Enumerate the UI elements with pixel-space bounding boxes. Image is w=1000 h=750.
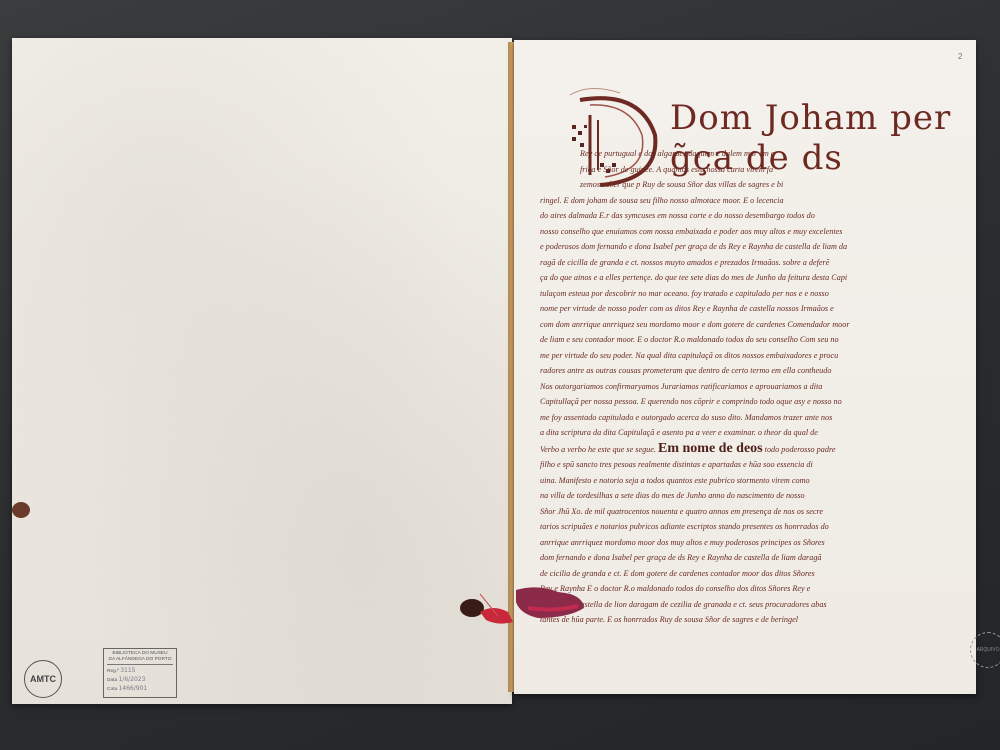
text-line: com dom anrrique anrriquez seu mordomo m… xyxy=(540,317,955,333)
text-line: Rey e Raynha E o doctor R.o maldonado to… xyxy=(540,581,955,597)
wax-seal-remnant-icon xyxy=(458,582,588,632)
text-line: Sñor Jhũ Xo. de mil quatrocentos nouenta… xyxy=(540,504,955,520)
text-line: do aires dalmada E.r das symcuses em nos… xyxy=(540,208,955,224)
text-line: e poderosos dom fernando e dona Isabel p… xyxy=(540,239,955,255)
manuscript-body: Rey de purtugual e dos algarues daquem e… xyxy=(580,146,955,628)
text-line: nosso conselho que enuiamos com nossa em… xyxy=(540,224,955,240)
date-value: 1/6/2023 xyxy=(118,676,145,683)
text-line: Nos outorgariamos confirmaryamos Juraria… xyxy=(540,379,955,395)
text-line: tulaçom esteua por descobrir no mar ocea… xyxy=(540,286,955,302)
text-line: Capitullaçã per nossa pessoa. E querendo… xyxy=(540,394,955,410)
text-line: frica e Sñor de guinee. A quantos esta n… xyxy=(580,162,955,178)
text-line: ringel. E dom joham de sousa seu filho n… xyxy=(540,193,955,209)
text-line: ça do que ainos e a elles pertençe. do q… xyxy=(540,270,955,286)
text-line: tarios scripuães e notarios pubricos adi… xyxy=(540,519,955,535)
text-line: dom fernando e dona Isabel per graça de … xyxy=(540,550,955,566)
archive-stamp: ARQUIVO xyxy=(970,632,1000,668)
reg-value: 3115 xyxy=(120,667,135,674)
cota-value: 1466/901 xyxy=(118,685,147,692)
text-fragment: Verbo a verbo he este que se segue. xyxy=(540,445,656,454)
text-line: Raynha de castella de lion daragam de ce… xyxy=(540,597,955,613)
text-line: Verbo a verbo he este que se segue. Em n… xyxy=(540,441,955,458)
library-stamp-subtitle: DA ALFÂNDEGA DO PORTO xyxy=(107,657,173,663)
text-line: me per virtude do seu poder. Na qual dit… xyxy=(540,348,955,364)
text-line: anrrique anrriquez mordomo moor dos muy … xyxy=(540,535,955,551)
text-line: radores antre as outras cousas prometera… xyxy=(540,363,955,379)
text-line: uina. Manifesto e notorio seja a todos q… xyxy=(540,473,955,489)
left-page-verso xyxy=(12,38,512,704)
page-number: 2 xyxy=(958,52,962,61)
text-line: nome per virtude de nosso poder com os d… xyxy=(540,301,955,317)
text-line: zemos saber que p Ruy de sousa Sñor das … xyxy=(580,177,955,193)
reg-label: Reg.º xyxy=(107,669,119,674)
text-line: na villa de tordesilhas a sete dias do m… xyxy=(540,488,955,504)
text-line: filho e spũ sancto tres pesoas realmente… xyxy=(540,457,955,473)
amtc-stamp: AMTC xyxy=(24,660,62,698)
text-line: me foy assentado capitulado e outorgado … xyxy=(540,410,955,426)
text-line: de liam e seu contador moor. E o doctor … xyxy=(540,332,955,348)
date-label: Data xyxy=(107,678,117,683)
text-line: Rey de purtugual e dos algarues daquem e… xyxy=(580,146,955,162)
text-line: de cicilia de granda e ct. E dom gotere … xyxy=(540,566,955,582)
text-line: ragã de cicilla de granda e ct. nossos m… xyxy=(540,255,955,271)
text-fragment: todo poderosso padre xyxy=(765,445,836,454)
emphasis-phrase: Em nome de deos xyxy=(658,441,763,456)
text-line: tantes de hũa parte. E os honrrados Ruy … xyxy=(540,612,955,628)
cota-label: Cota xyxy=(107,687,117,692)
wax-stain-left-edge xyxy=(12,502,30,518)
library-stamp: BIBLIOTECA DO MUSEU DA ALFÂNDEGA DO PORT… xyxy=(103,648,177,698)
text-line: a dita scriptura da dita Capitulaçã e as… xyxy=(540,425,955,441)
